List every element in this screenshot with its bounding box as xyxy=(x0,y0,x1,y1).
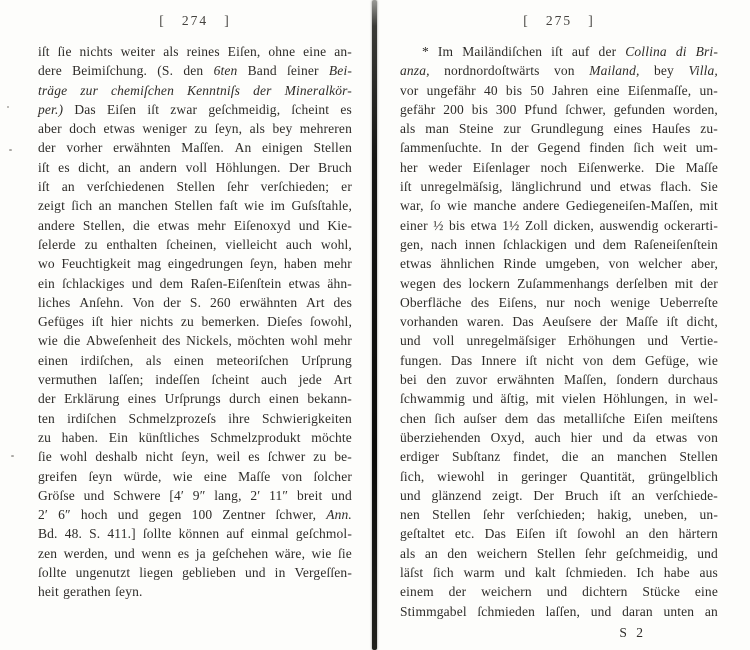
word: Collina xyxy=(625,42,667,61)
word: unten xyxy=(663,602,694,621)
word: die xyxy=(133,216,150,235)
word: und xyxy=(472,389,493,408)
word: ſondern xyxy=(616,370,658,389)
word: gefähr xyxy=(400,100,435,119)
word: manche xyxy=(473,196,516,215)
word: um- xyxy=(696,138,718,157)
word: wie xyxy=(312,544,332,563)
word: vorher xyxy=(66,138,102,157)
word: di xyxy=(676,42,687,61)
word: Maſſe xyxy=(626,312,658,331)
word: weder xyxy=(428,158,462,177)
word: iſt xyxy=(555,524,567,543)
word: Feuchtigkeit xyxy=(62,254,131,273)
word: ſeyn, xyxy=(250,254,277,273)
text-line: alsmanSteinezurGrundlegungeinesHauſeszu- xyxy=(400,119,718,138)
word: chen xyxy=(400,409,426,428)
word: Ich xyxy=(636,563,654,582)
word: zwar xyxy=(170,100,197,119)
word: zu xyxy=(85,235,98,254)
word: des xyxy=(471,293,489,312)
text-line: derErklärungeinesUrſprungsdurcheinenbeka… xyxy=(38,389,352,408)
word: Das xyxy=(512,312,533,331)
word: vermuthen xyxy=(38,370,97,389)
word: eines xyxy=(614,119,643,138)
word: hoch xyxy=(81,505,108,524)
word: auſser xyxy=(463,409,496,428)
text-line: einenirdiſchen,alseinenmeteoriſchenUrſpr… xyxy=(38,351,352,370)
word: Das xyxy=(451,351,472,370)
word: innen xyxy=(465,235,496,254)
word: iſt xyxy=(38,177,50,196)
text-line: trägezurchemiſchenKenntniſsderMineralkör… xyxy=(38,81,352,100)
word: (S. xyxy=(157,61,173,80)
page-gutter-line xyxy=(372,0,377,650)
word: den xyxy=(183,61,203,80)
word: auf xyxy=(226,524,244,543)
word: Gefüge, xyxy=(645,351,689,370)
text-line: heitgerathenſeyn. xyxy=(38,582,352,601)
word: geſchmol- xyxy=(296,524,352,543)
word: heit xyxy=(38,582,59,601)
word: ſelerde xyxy=(38,235,76,254)
word: voll xyxy=(186,158,208,177)
word: bekann- xyxy=(307,389,352,408)
word: Innere xyxy=(481,351,516,370)
word: möchte xyxy=(311,428,352,447)
word: zu xyxy=(181,312,194,331)
word: der xyxy=(253,81,271,100)
word: Dieſes xyxy=(267,312,302,331)
word: iſt xyxy=(38,158,50,177)
word: Oxyd, xyxy=(491,428,525,447)
word: aber, xyxy=(691,254,718,273)
word: der xyxy=(163,293,181,312)
word: von xyxy=(554,61,575,80)
word: 11″ xyxy=(269,486,288,505)
word: Bri- xyxy=(696,42,718,61)
word: lang, xyxy=(214,486,241,505)
word: ſcheint xyxy=(212,370,250,389)
text-line: einſchlackigesunddemRaſen-Eiſenſteinetwa… xyxy=(38,274,352,293)
word: Schwere xyxy=(113,486,161,505)
text-line: iſtſienichtsweiteralsreinesEiſen,ohneein… xyxy=(38,42,352,61)
word: und xyxy=(331,486,352,505)
text-line: gen,nachinnenſchlackigenunddemRaſeneiſen… xyxy=(400,235,718,254)
word: verſchiedenen xyxy=(87,177,165,196)
text-line: beidenzuvorerwähntenMaſſen,ſonderndurcha… xyxy=(400,370,718,389)
word: habe xyxy=(664,563,690,582)
word: ſolcher xyxy=(313,467,352,486)
word: iſt xyxy=(400,177,412,196)
word: weniger xyxy=(142,119,187,138)
text-line: dervorhererwähntenMaſſen.AneinigenStelle… xyxy=(38,138,352,157)
word: metalliſche xyxy=(564,409,626,428)
word: träge xyxy=(38,81,67,100)
word: ſeyn, xyxy=(215,119,242,138)
word: haben. xyxy=(62,428,99,447)
word: als xyxy=(400,544,415,563)
word: durchaus xyxy=(668,370,718,389)
word: Maſſe xyxy=(238,467,270,486)
word: Hauſes xyxy=(652,119,690,138)
word: mehr xyxy=(197,216,225,235)
word: Anſehn. xyxy=(79,293,123,312)
word: zu- xyxy=(700,119,718,138)
word: kalt xyxy=(535,563,556,582)
word: geblieben xyxy=(182,563,236,582)
word: eine xyxy=(695,582,718,601)
text-line: tenirdiſchenSchmelzprozeſsihreSchwierigk… xyxy=(38,409,352,428)
word: künſtliches xyxy=(139,428,200,447)
word: auswendig xyxy=(599,216,658,235)
word: bis xyxy=(472,100,488,119)
word: liegen xyxy=(139,563,173,582)
word: mit xyxy=(675,274,693,293)
word: un- xyxy=(699,81,717,100)
word: welcher xyxy=(638,254,682,273)
word: auf xyxy=(572,42,590,61)
word: Kenntniſs xyxy=(187,81,240,100)
text-line: 2′6″hochundgegen100Zentnerſchwer,Ann. xyxy=(38,505,352,524)
word: es xyxy=(340,100,352,119)
word: den xyxy=(447,544,467,563)
word: enthalten xyxy=(106,235,157,254)
word: manchen xyxy=(617,447,667,466)
text-line: läſstſichwarmundkaltſchmieden.Ichhabeaus xyxy=(400,563,718,582)
word: Das xyxy=(74,100,95,119)
word: auch xyxy=(535,428,561,447)
word: laſſen; xyxy=(109,370,144,389)
text-line: *ImMailändiſcheniſtaufderCollinadiBri- xyxy=(400,42,718,61)
word: Raſeneiſenſtein xyxy=(634,235,718,254)
text-line: erdigerSubſtanzfindet,dieanmanchenStelle… xyxy=(400,447,718,466)
text-line: chenſichauſserdemdasmetalliſcheEiſenmeiſ… xyxy=(400,409,718,428)
word: iſt xyxy=(609,486,621,505)
word: Mailand, xyxy=(589,61,639,80)
text-line: ſammenſuchte.InderGegendfindenſichweitum… xyxy=(400,138,718,157)
word: Eiſen xyxy=(516,524,545,543)
right-page-number: [ 275 ] xyxy=(400,12,718,29)
word: Mailändiſchen xyxy=(462,42,542,61)
text-line: ſich,wiewohlingeringerQuantität,grüngelb… xyxy=(400,467,718,486)
word: als xyxy=(250,119,265,138)
word: wie xyxy=(38,331,58,350)
word: und xyxy=(84,486,105,505)
text-line: gefähr200bis300Pfundſchwer,gefundenworde… xyxy=(400,100,718,119)
word: An xyxy=(235,138,252,157)
word: Mineralkör- xyxy=(285,81,352,100)
word: Bruch xyxy=(565,486,599,505)
word: 411.] xyxy=(107,524,135,543)
left-page-text: iſtſienichtsweiteralsreinesEiſen,ohneein… xyxy=(38,42,352,602)
word: gen, xyxy=(400,235,423,254)
word: einen xyxy=(38,351,68,370)
word: Stellen xyxy=(432,505,471,524)
word: auch xyxy=(286,235,312,254)
word: mehr xyxy=(324,254,352,273)
word: dem xyxy=(603,235,627,254)
word: wohl, xyxy=(321,235,352,254)
word: nach xyxy=(431,235,457,254)
text-line: vorhandenwaren.DasAeuſserederMaſſeiſtdic… xyxy=(400,312,718,331)
word: geſtaltet xyxy=(400,524,445,543)
word: warm xyxy=(464,563,495,582)
word: 260 xyxy=(210,293,231,312)
word: vielleicht xyxy=(225,235,277,254)
word: in xyxy=(497,467,508,486)
left-page: [ 274 ] iſtſienichtsweiteralsreinesEiſen… xyxy=(38,12,352,602)
word: werden, xyxy=(64,544,108,563)
word: erwähnten xyxy=(497,370,555,389)
word: 100 xyxy=(192,505,213,524)
word: wie xyxy=(447,196,467,215)
word: es xyxy=(58,158,70,177)
word: wo xyxy=(38,254,55,273)
word: eine xyxy=(597,81,620,100)
text-line: undvollunregelmäſsigerErhöhungenundVerti… xyxy=(400,331,718,350)
word: Art xyxy=(306,293,324,312)
word: Quantität, xyxy=(580,467,635,486)
word: wenige xyxy=(610,293,650,312)
word: finden xyxy=(589,138,624,157)
word: die xyxy=(63,331,80,350)
word: die xyxy=(562,447,579,466)
word: man xyxy=(425,119,449,138)
word: es xyxy=(248,447,260,466)
word: geſchehen xyxy=(212,544,268,563)
word: hier xyxy=(571,428,593,447)
word: Erklärung xyxy=(64,389,119,408)
word: an xyxy=(632,486,645,505)
word: zu xyxy=(194,119,207,138)
word: wäre, xyxy=(275,544,305,563)
word: irdiſchen xyxy=(67,409,116,428)
word: Das xyxy=(485,524,506,543)
word: Stücke xyxy=(642,582,680,601)
word: bis xyxy=(449,216,465,235)
text-line: iſtanverſchiedenenStellenſehrverſchieden… xyxy=(38,177,352,196)
word: können xyxy=(179,524,220,543)
word: etwas xyxy=(104,119,136,138)
word: 200 xyxy=(443,100,464,119)
word: ſcheinen, xyxy=(166,235,216,254)
word: und xyxy=(245,563,266,582)
word: ſchlackiges xyxy=(62,274,124,293)
word: eines xyxy=(128,389,157,408)
word: des xyxy=(334,293,352,312)
word: Villa, xyxy=(688,61,718,80)
word: ähnlichen xyxy=(441,254,495,273)
word: verſchieden; xyxy=(517,505,586,524)
word: Eiſenlager xyxy=(473,158,530,177)
word: würde, xyxy=(124,467,162,486)
word: wie xyxy=(698,351,718,370)
word: weil xyxy=(217,447,241,466)
word: einen xyxy=(269,389,299,408)
text-line: anza,nordnordoſtwärtsvonMailand,beyVilla… xyxy=(400,61,718,80)
word: faſt xyxy=(219,196,238,215)
word: wiewohl xyxy=(437,467,485,486)
word: ſchwammig xyxy=(400,389,465,408)
word: Stellen xyxy=(679,447,718,466)
word: er xyxy=(341,177,352,196)
text-line: ſollteungenutztliegengebliebenundinVerge… xyxy=(38,563,352,582)
text-line: undglänzendzeigt.DerBruchiſtanverſchiede… xyxy=(400,486,718,505)
text-line: einer½bisetwa1½Zolldicken,auswendigocker… xyxy=(400,216,718,235)
word: möchten xyxy=(237,331,285,350)
word: Bei- xyxy=(329,61,352,80)
word: Beimiſchung. xyxy=(72,61,147,80)
text-line: wiedieAbweſenheitdesNickels,möchtenwohlm… xyxy=(38,331,352,350)
word: Raſen-Eiſenſtein xyxy=(191,274,282,293)
word: läſst xyxy=(400,563,423,582)
word: iſt xyxy=(147,100,159,119)
right-page-text: *ImMailändiſcheniſtaufderCollinadiBri-an… xyxy=(400,42,718,621)
word: wohl xyxy=(290,331,318,350)
word: weit xyxy=(663,138,687,157)
word: Gefüges xyxy=(38,312,84,331)
word: wenn xyxy=(141,544,171,563)
word: als xyxy=(163,42,178,61)
word: ungefähr xyxy=(427,81,476,100)
word: andere xyxy=(38,216,75,235)
word: unregelmäſsig, xyxy=(421,177,503,196)
word: an xyxy=(591,447,604,466)
word: 50 xyxy=(530,81,544,100)
word: des xyxy=(443,274,461,293)
word: weichern xyxy=(477,544,528,563)
word: 6ten xyxy=(214,61,238,80)
word: war, xyxy=(400,196,424,215)
word: vor xyxy=(400,81,418,100)
word: der xyxy=(600,312,618,331)
word: Stellen, xyxy=(83,216,125,235)
word: dicht, xyxy=(78,158,109,177)
word: ſchwer, xyxy=(565,100,606,119)
word: greifen xyxy=(38,467,77,486)
word: worden, xyxy=(673,100,718,119)
word: andere xyxy=(523,196,560,215)
word: Nickels, xyxy=(186,331,232,350)
word: von xyxy=(609,254,630,273)
text-line: herwederEiſenlagernochEiſenwerke.DieMaſſ… xyxy=(400,158,718,177)
word: Stellen xyxy=(537,544,576,563)
word: als xyxy=(400,119,415,138)
word: * xyxy=(422,42,429,61)
word: iſt xyxy=(92,312,104,331)
word: bemerken. xyxy=(202,312,260,331)
word: ungenutzt xyxy=(76,563,131,582)
word: und xyxy=(400,331,421,350)
word: Eiſenwerke. xyxy=(578,158,645,177)
text-line: vorungefähr40bis50JahreneineEiſenmaſſe,u… xyxy=(400,81,718,100)
word: 9″ xyxy=(193,486,206,505)
word: ſich xyxy=(433,563,454,582)
word: von xyxy=(583,351,604,370)
word: chemiſchen xyxy=(111,81,174,100)
word: erwähnten xyxy=(113,138,171,157)
word: zur xyxy=(80,81,98,100)
word: der xyxy=(449,582,467,601)
word: deshalb xyxy=(95,447,137,466)
word: Der xyxy=(289,158,310,177)
word: ſie xyxy=(58,42,72,61)
word: Gediegeneiſen-Maſſen, xyxy=(566,196,693,215)
word: ſchmieden. xyxy=(566,563,627,582)
word: der xyxy=(511,138,529,157)
word: Stimmgabel xyxy=(400,602,467,621)
scan-speck xyxy=(7,106,9,108)
word: Pfund xyxy=(524,100,557,119)
word: Erhöhungen xyxy=(568,331,635,350)
word: Subſtanz xyxy=(452,447,500,466)
word: 2′ xyxy=(38,505,48,524)
word: meteoriſchen xyxy=(216,351,288,370)
word: Aeuſsere xyxy=(542,312,591,331)
word: ſeyn. xyxy=(115,582,142,601)
word: einigen xyxy=(262,138,303,157)
word: ſollte xyxy=(38,563,67,582)
word: das xyxy=(537,409,555,428)
word: dichtern xyxy=(582,582,627,601)
word: ſchwer, xyxy=(276,505,317,524)
word: mit xyxy=(536,389,554,408)
word: Maſſe xyxy=(686,158,718,177)
word: Ein xyxy=(109,428,128,447)
word: noch xyxy=(540,158,567,177)
word: iſt xyxy=(551,42,563,61)
word: länglichrund xyxy=(511,177,581,196)
word: an xyxy=(62,177,75,196)
word: flach. xyxy=(660,177,691,196)
text-line: ſelerdezuenthaltenſcheinen,vielleichtauc… xyxy=(38,235,352,254)
word: Eiſenoxyd xyxy=(234,216,291,235)
word: waren. xyxy=(467,312,504,331)
word: Stellen xyxy=(313,138,352,157)
word: gefunden xyxy=(614,100,665,119)
word: an- xyxy=(334,42,352,61)
word: iſt xyxy=(525,351,537,370)
word: hakig, xyxy=(597,505,631,524)
word: uneben, xyxy=(644,505,687,524)
word: geſchmeidig, xyxy=(208,100,280,119)
word: zen xyxy=(38,544,57,563)
word: und xyxy=(299,216,320,235)
text-line: GröſseundSchwere[4′9″lang,2′11″breitund xyxy=(38,486,352,505)
word: ockerarti- xyxy=(664,216,718,235)
word: eine xyxy=(204,467,227,486)
word: verſchieden; xyxy=(261,177,330,196)
word: und xyxy=(118,505,139,524)
word: Zentner xyxy=(222,505,265,524)
text-line: OberflächedesEiſens,nurnochwenigeUeberre… xyxy=(400,293,718,312)
text-line: andereStellen,dieetwasmehrEiſenoxydundKi… xyxy=(38,216,352,235)
word: daran xyxy=(622,602,653,621)
word: ſich xyxy=(71,196,92,215)
text-line: Gefügesiſthiernichtszubemerken.Dieſesſow… xyxy=(38,312,352,331)
word: wegen xyxy=(400,274,436,293)
word: überziehenden xyxy=(400,428,481,447)
text-line: ſchwammigundäſtig,mitvielenHöhlungen,inw… xyxy=(400,389,718,408)
word: ſchmieden xyxy=(477,602,535,621)
word: be- xyxy=(334,447,352,466)
word: Schmelzprozeſs xyxy=(129,409,217,428)
word: hier xyxy=(111,312,133,331)
word: Art xyxy=(334,370,352,389)
word: geſchmeidig, xyxy=(616,544,688,563)
word: vorhanden xyxy=(400,312,458,331)
